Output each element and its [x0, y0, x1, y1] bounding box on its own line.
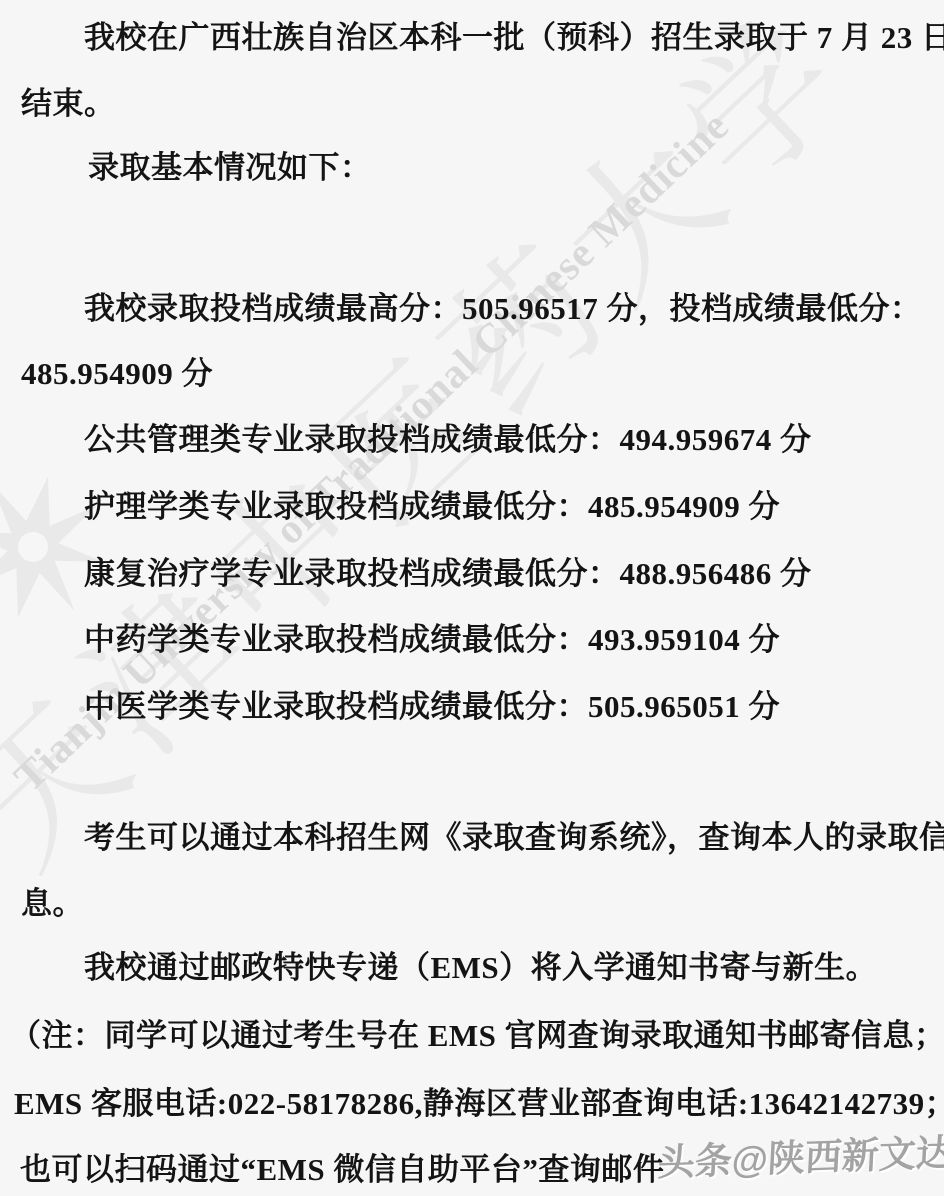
- toutiao-publisher-watermark: 头条@陕西新文达教育: [657, 1119, 944, 1186]
- doc-line-summary-heading: 录取基本情况如下：: [88, 148, 372, 188]
- doc-line-ems-note-1: （注：同学可以通过考生号在 EMS 官网查询录取通知书邮寄信息；: [10, 1016, 944, 1056]
- doc-line-overall-scores-2: 485.954909 分: [21, 354, 213, 394]
- document-page: 天津中医药大学 Tianjin University of Traditiona…: [0, 0, 944, 1196]
- doc-line-chinese-pharmacy-score: 中药学类专业录取投档成绩最低分：493.959104 分: [84, 620, 780, 660]
- doc-line-intro-1: 我校在广西壮族自治区本科一批（预科）招生录取于 7 月 23 日: [84, 18, 944, 58]
- doc-line-intro-2: 结束。: [21, 84, 116, 124]
- doc-line-rehab-therapy-score: 康复治疗学专业录取投档成绩最低分：488.956486 分: [84, 554, 812, 594]
- doc-line-query-system-2: 息。: [21, 884, 84, 924]
- doc-line-chinese-medicine-score: 中医学类专业录取投档成绩最低分：505.965051 分: [84, 687, 780, 727]
- doc-line-overall-scores-1: 我校录取投档成绩最高分：505.96517 分，投档成绩最低分：: [84, 289, 922, 329]
- doc-line-ems-note-2: EMS 客服电话:022-58178286,静海区营业部查询电话:1364214…: [14, 1084, 944, 1124]
- doc-line-nursing-score: 护理学类专业录取投档成绩最低分：485.954909 分: [84, 487, 780, 527]
- university-logo-star-watermark: [0, 458, 122, 636]
- doc-line-ems-notice: 我校通过邮政特快专递（EMS）将入学通知书寄与新生。: [84, 948, 877, 988]
- doc-line-query-system-1: 考生可以通过本科招生网《录取查询系统》，查询本人的录取信: [84, 818, 944, 858]
- doc-line-public-management-score: 公共管理类专业录取投档成绩最低分：494.959674 分: [84, 420, 812, 460]
- doc-line-ems-note-3: 也可以扫码通过“EMS 微信自助平台”查询邮件: [20, 1150, 664, 1190]
